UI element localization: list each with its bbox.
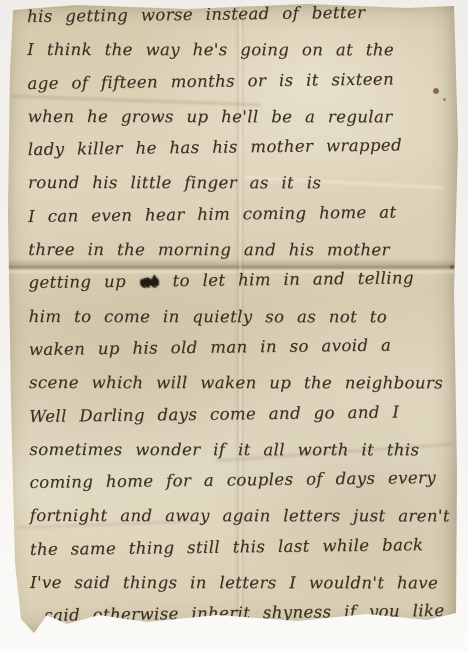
line-text-before-strike: getting up	[28, 272, 138, 292]
letter-paper: his getting worse instead of better I th…	[7, 3, 458, 635]
inked-out-word: at	[138, 272, 160, 291]
letter-line: coming home for a couples of days every	[29, 461, 453, 499]
letter-line: I can even hear him coming home at	[28, 195, 452, 233]
letter-line: lady killer he has his mother wrapped	[28, 128, 452, 166]
letter-line: Well Darling days come and go and I	[29, 394, 453, 432]
letter-line: waken up his old man in so avoid a	[29, 328, 453, 366]
line-text-after-strike: to let him in and telling	[160, 269, 414, 291]
scanned-letter-photo: his getting worse instead of better I th…	[0, 0, 468, 651]
handwritten-text-block: his getting worse instead of better I th…	[27, 0, 454, 633]
letter-line-with-strikeout: getting up at to let him in and telling	[28, 261, 452, 299]
letter-line: the same thing still this last while bac…	[30, 528, 454, 566]
letter-line: age of fifteen months or is it sixteen	[27, 61, 451, 99]
letter-line: said otherwise inherit shyness if you li…	[30, 594, 454, 632]
letter-line: his getting worse instead of better	[27, 0, 451, 33]
